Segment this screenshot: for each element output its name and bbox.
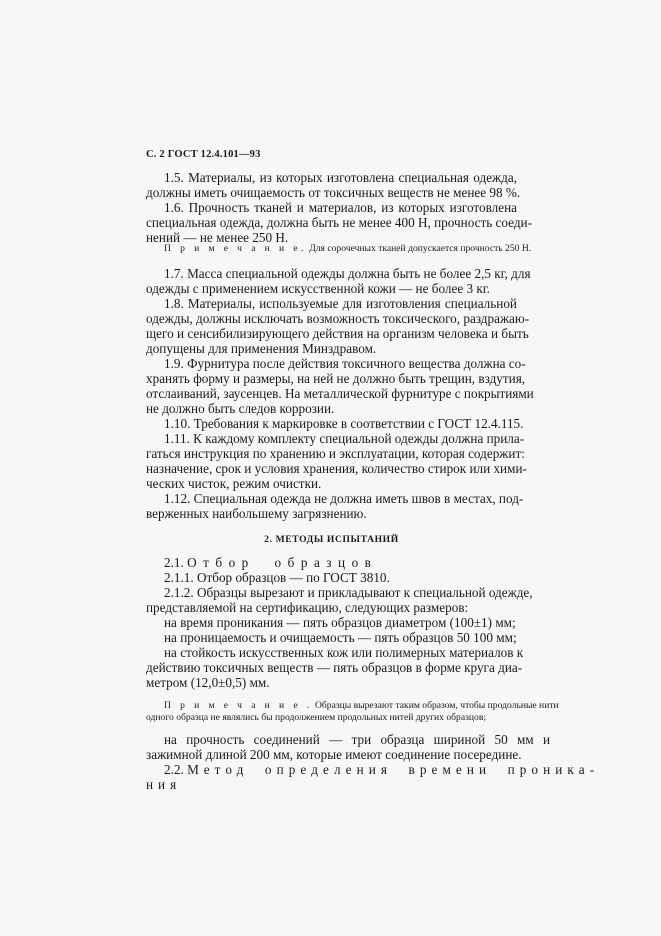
paragraph-1-11-line-4: ческих чисток, режим очистки.: [146, 476, 517, 491]
note-1-label: П р и м е ч а н и е.: [164, 243, 307, 254]
paragraph-1-12-line-2: верженных наибольшему загрязнению.: [146, 506, 517, 521]
paragraph-2-1-2-line-3: на время проникания — пять образцов диам…: [164, 615, 517, 630]
paragraph-1-9-line-2: хранять форму и размеры, на ней не должн…: [146, 371, 517, 386]
subsection-2-2-heading: 2.2. Метод определения времени проника-: [164, 762, 517, 777]
document-page: С. 2 ГОСТ 12.4.101—93 1.5. Материалы, из…: [0, 0, 661, 936]
section-2-title: 2. МЕТОДЫ ИСПЫТАНИЙ: [146, 534, 517, 545]
page-header: С. 2 ГОСТ 12.4.101—93: [146, 149, 261, 160]
paragraph-1-5-line-2: должны иметь очищаемость от токсичных ве…: [146, 185, 517, 200]
paragraph-1-9-line-4: не должно быть следов коррозии.: [146, 401, 517, 416]
paragraph-1-8-line-1: 1.8. Материалы, используемые для изготов…: [164, 296, 517, 311]
subsection-2-1-title: Отбор образцов: [187, 555, 377, 570]
note-2-label: П р и м е ч а н и е .: [164, 700, 313, 711]
paragraph-1-8-line-4: допущены для применения Минздравом.: [146, 341, 517, 356]
paragraph-2-1-2-line-4: на проницаемость и очищаемость — пять об…: [164, 630, 517, 645]
subsection-2-2-title-line-1: Метод определения времени проника-: [187, 762, 599, 777]
note-1-text: Для сорочечных тканей допускается прочно…: [309, 243, 531, 254]
paragraph-2-1-1: 2.1.1. Отбор образцов — по ГОСТ 3810.: [164, 570, 517, 585]
note-2-line-2: одного образца не являлись бы продолжени…: [146, 712, 517, 724]
paragraph-2-1-2-line-7: метром (12,0±0,5) мм.: [146, 675, 517, 690]
subsection-2-1-heading: 2.1. Отбор образцов: [164, 555, 517, 570]
paragraph-2-1-2-line-6: действию токсичных веществ — пять образц…: [146, 660, 517, 675]
paragraph-1-11-line-2: гаться инструкция по хранению и эксплуат…: [146, 446, 517, 461]
paragraph-1-5-line-1: 1.5. Материалы, из которых изготовлена с…: [164, 170, 517, 185]
paragraph-1-12-line-1: 1.12. Специальная одежда не должна иметь…: [164, 491, 517, 506]
paragraph-1-11-line-3: назначение, срок и условия хранения, кол…: [146, 461, 517, 476]
paragraph-1-11-line-1: 1.11. К каждому комплекту специальной од…: [164, 431, 517, 446]
paragraph-2-1-2-line-5: на стойкость искусственных кож или полим…: [164, 645, 517, 660]
paragraph-2-1-2-line-2: представляемой на сертификацию, следующи…: [146, 600, 517, 615]
paragraph-1-8-line-3: щего и сенсибилизирующего действия на ор…: [146, 326, 517, 341]
note-2-text-line-1: Образцы вырезают таким образом, чтобы пр…: [315, 700, 559, 711]
subsection-2-2-number: 2.2.: [164, 762, 184, 777]
paragraph-1-7-line-2: одежды с применением искусственной кожи …: [146, 281, 517, 296]
paragraph-1-6-line-1: 1.6. Прочность тканей и материалов, из к…: [164, 200, 517, 215]
paragraph-strength-line-1: на прочность соединений — три образца ши…: [164, 732, 517, 747]
paragraph-1-6-line-2: специальная одежда, должна быть не менее…: [146, 215, 517, 230]
paragraph-2-1-2-line-1: 2.1.2. Образцы вырезают и прикладывают к…: [164, 585, 517, 600]
paragraph-1-9-line-1: 1.9. Фурнитура после действия токсичного…: [164, 356, 517, 371]
paragraph-1-8-line-2: одежды, должны исключать возможность ток…: [146, 311, 517, 326]
paragraph-strength-line-2: зажимной длиной 200 мм, которые имеют со…: [146, 747, 517, 762]
paragraph-1-10: 1.10. Требования к маркировке в соответс…: [164, 416, 517, 431]
paragraph-1-9-line-3: отслаиваний, заусенцев. На металлической…: [146, 386, 517, 401]
paragraph-1-7-line-1: 1.7. Масса специальной одежды должна быт…: [164, 266, 517, 281]
subsection-2-1-number: 2.1.: [164, 555, 184, 570]
note-1: П р и м е ч а н и е. Для сорочечных ткан…: [164, 243, 517, 255]
subsection-2-2-title-line-2: ния: [146, 777, 517, 792]
note-2-line-1: П р и м е ч а н и е . Образцы вырезают т…: [164, 700, 517, 712]
